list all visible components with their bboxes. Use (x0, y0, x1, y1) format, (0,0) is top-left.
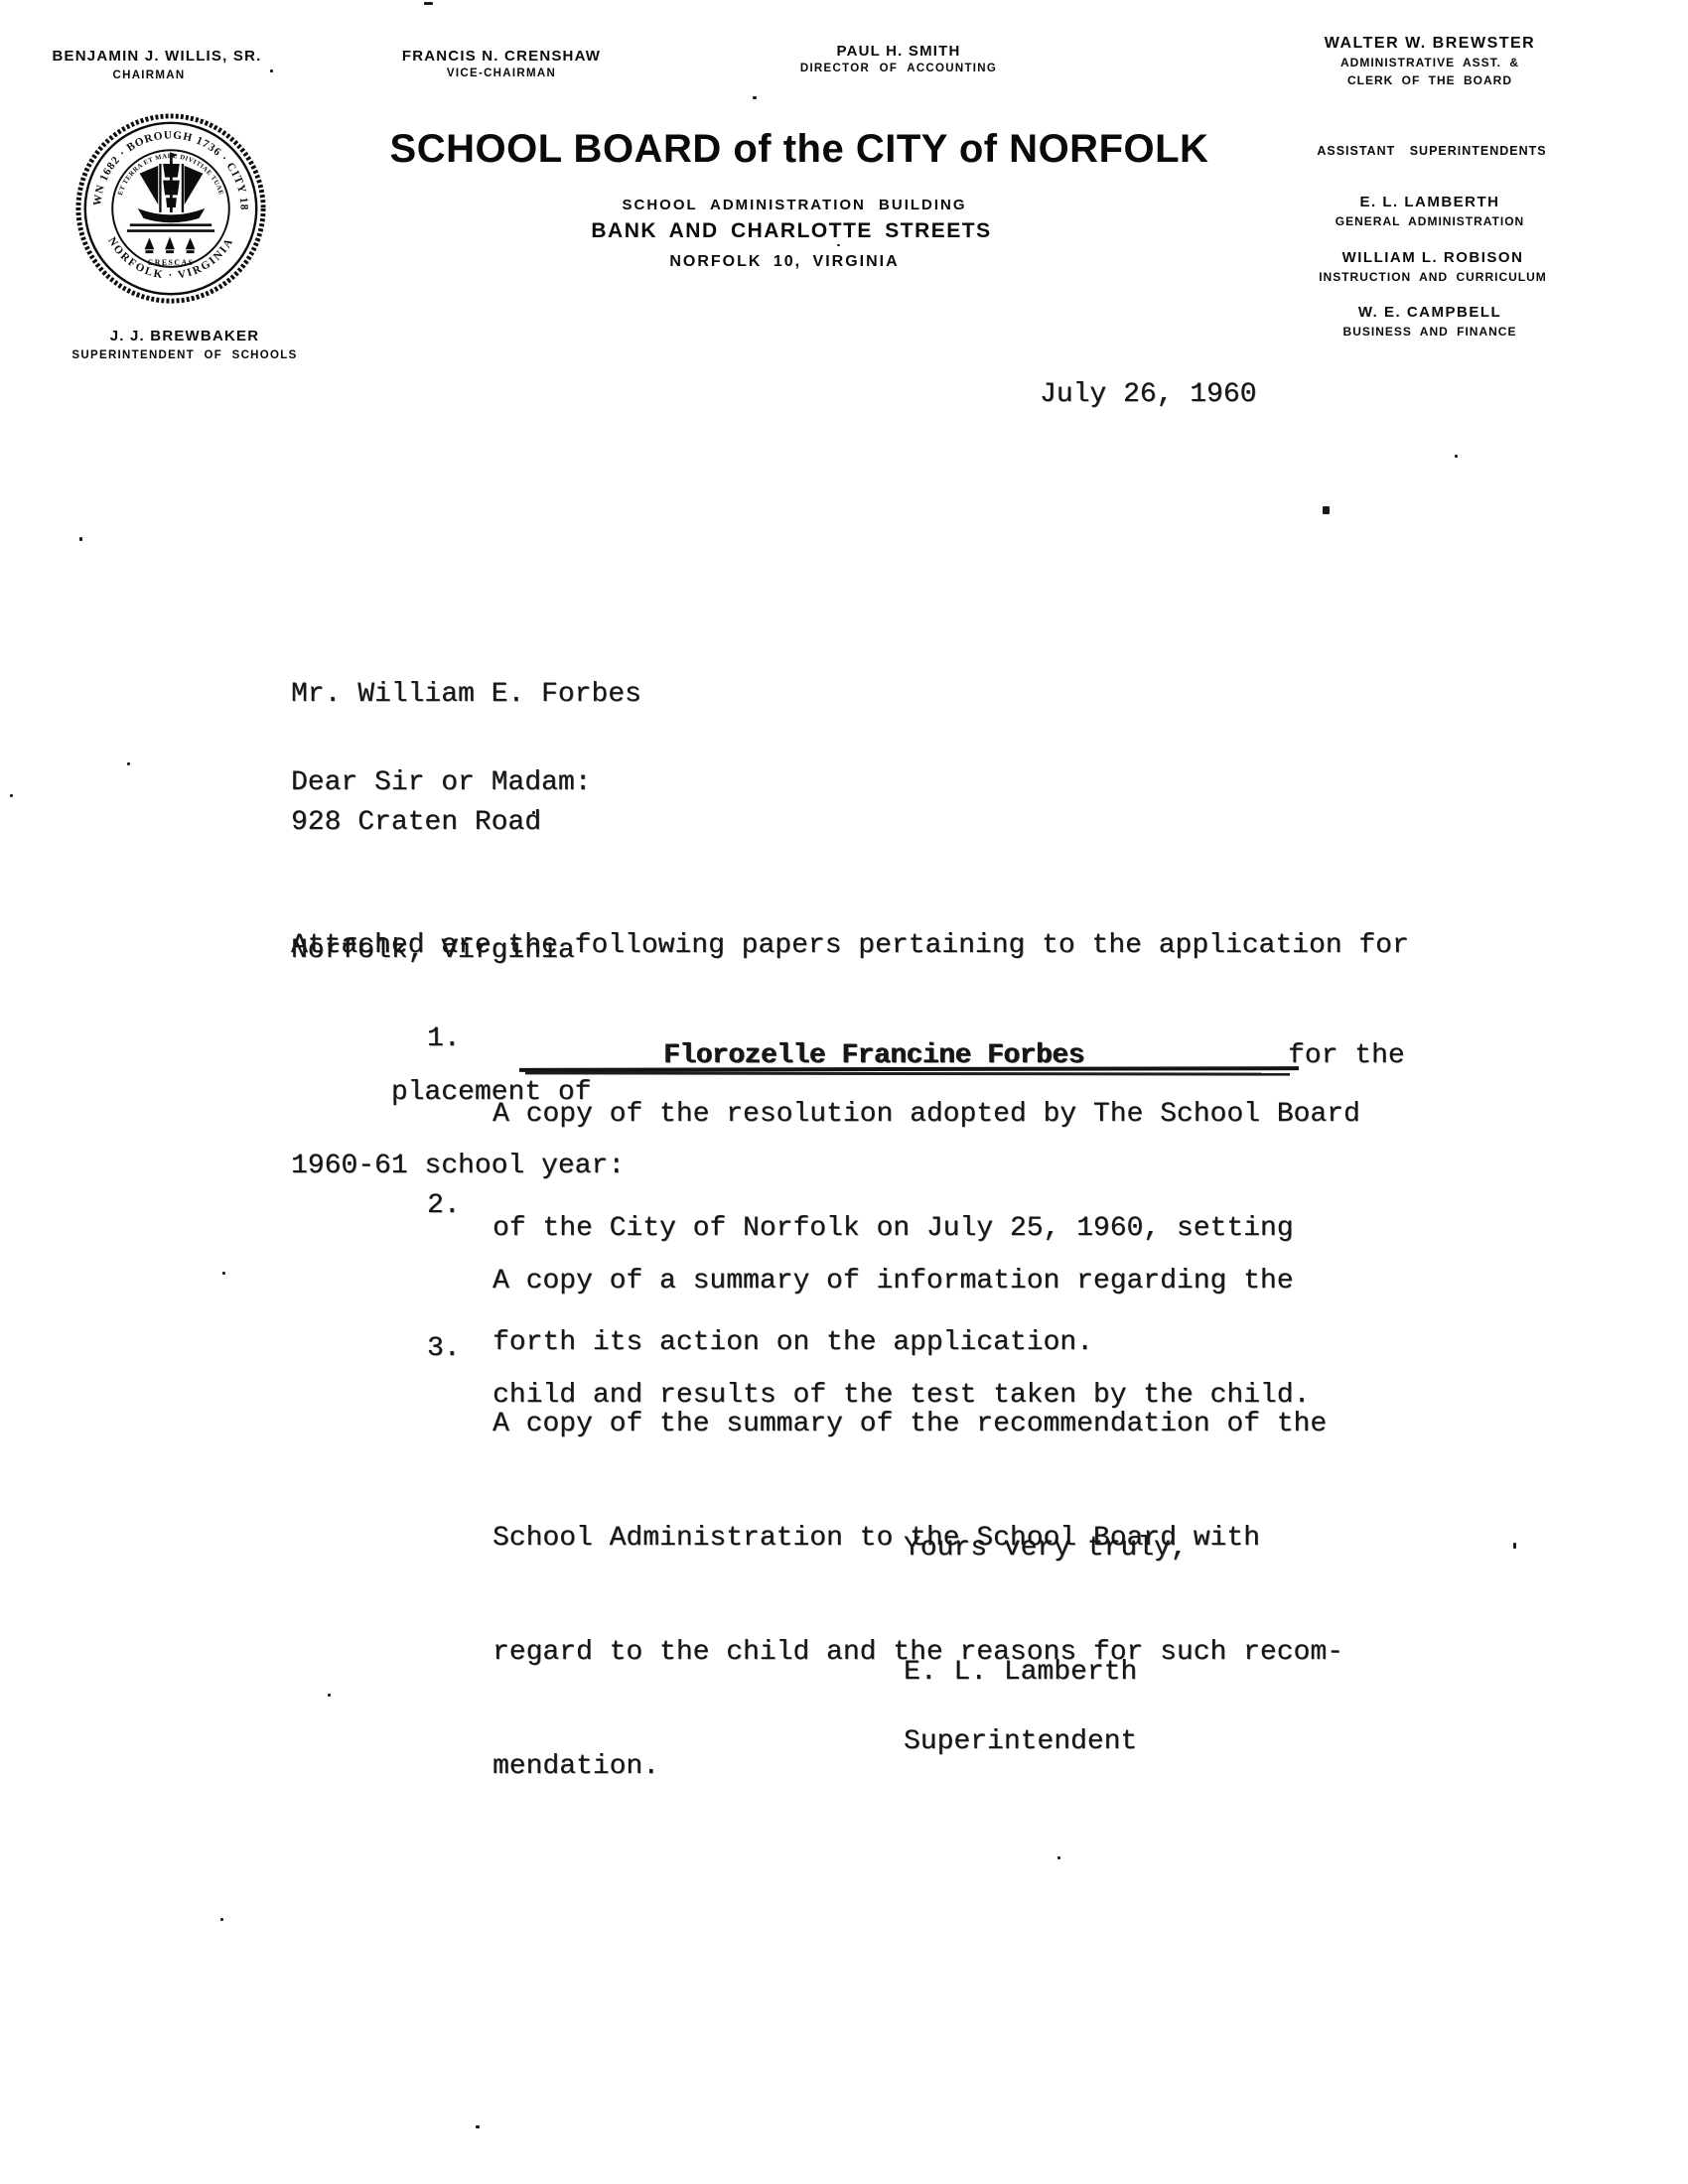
valediction: Yours very truly, (904, 1530, 1188, 1567)
scan-speck (127, 762, 130, 765)
signature-title: Superintendent (904, 1723, 1137, 1760)
assistant-superintendent-area: GENERAL ADMINISTRATION (1336, 214, 1524, 228)
scan-speck (10, 794, 13, 797)
scan-speck (753, 96, 757, 99)
scan-speck (270, 69, 273, 72)
recipient-name: Mr. William E. Forbes (291, 673, 641, 716)
scan-speck (1323, 506, 1330, 514)
director-accounting-title: DIRECTOR OF ACCOUNTING (800, 63, 997, 74)
scan-speck (220, 1918, 223, 1921)
director-accounting-name: PAUL H. SMITH (836, 43, 960, 60)
assistant-superintendent-name: W. E. CAMPBELL (1358, 304, 1501, 321)
list-item-number: 2. (427, 1187, 461, 1224)
chairman-title: CHAIRMAN (112, 69, 185, 81)
vice-chairman-name: FRANCIS N. CRENSHAW (402, 48, 601, 65)
assistant-superintendent-area: BUSINESS AND FINANCE (1343, 325, 1517, 339)
superintendent-name: J. J. BREWBAKER (110, 328, 260, 344)
list-item-line: A copy of the resolution adopted by The … (492, 1094, 1360, 1135)
assistant-superintendent-name: E. L. LAMBERTH (1360, 194, 1500, 210)
clerk-name: WALTER W. BREWSTER (1325, 35, 1535, 53)
scan-speck (79, 537, 82, 541)
list-item-number: 3. (427, 1330, 461, 1367)
scan-speck (424, 2, 433, 5)
norfolk-city-seal-image: TOWN 1682 · BOROUGH 1736 · CITY 1845 NOR… (73, 109, 268, 312)
scan-speck (222, 1272, 225, 1275)
clerk-title-line2: CLERK OF THE BOARD (1347, 73, 1512, 87)
scan-speck (1513, 1543, 1516, 1549)
organization-city: NORFOLK 10, VIRGINIA (669, 253, 899, 271)
scan-speck (1455, 455, 1458, 458)
intro-line1: Attached are the following papers pertai… (291, 927, 1409, 964)
recipient-street: 928 Craten Road (291, 801, 641, 844)
chairman-name: BENJAMIN J. WILLIS, SR. (53, 48, 262, 65)
signature-name: E. L. Lamberth (904, 1654, 1137, 1691)
assistant-superintendent-area: INSTRUCTION AND CURRICULUM (1319, 270, 1547, 284)
seal-banner-text: CRESCAS (148, 258, 195, 267)
salutation: Dear Sir or Madam: (291, 764, 591, 801)
seal-waves-icon (127, 225, 214, 231)
list-item-number: 1. (427, 1021, 461, 1057)
organization-street: BANK AND CHARLOTTE STREETS (591, 219, 991, 243)
letter-date: July 26, 1960 (1040, 376, 1256, 413)
assistant-superintendents-heading: ASSISTANT SUPERINTENDENTS (1317, 144, 1546, 158)
list-item-line: A copy of the summary of the recommendat… (492, 1404, 1343, 1444)
organization-title: SCHOOL BOARD of the CITY of NORFOLK (390, 127, 1209, 172)
vice-chairman-title: VICE-CHAIRMAN (447, 68, 556, 79)
scan-speck (328, 1694, 331, 1697)
seal-sheaves-icon (145, 236, 196, 253)
assistant-superintendent-name: WILLIAM L. ROBISON (1342, 249, 1524, 266)
scanned-letter-page: BENJAMIN J. WILLIS, SR. CHAIRMAN FRANCIS… (0, 0, 1688, 2184)
superintendent-title: SUPERINTENDENT OF SCHOOLS (71, 349, 297, 361)
organization-building: SCHOOL ADMINISTRATION BUILDING (622, 197, 966, 213)
scan-speck (532, 811, 535, 814)
list-item-3: 3. A copy of the summary of the recommen… (427, 1330, 493, 1499)
list-item-2: 2. A copy of a summary of information re… (427, 1187, 493, 1272)
scan-speck (1057, 1856, 1060, 1859)
list-item-1: 1. A copy of the resolution adopted by T… (427, 1021, 493, 1145)
clerk-title-line1: ADMINISTRATIVE ASST. & (1340, 56, 1519, 69)
list-item-line: A copy of a summary of information regar… (492, 1261, 1310, 1301)
scan-speck (837, 244, 840, 246)
scan-speck (476, 2125, 480, 2128)
